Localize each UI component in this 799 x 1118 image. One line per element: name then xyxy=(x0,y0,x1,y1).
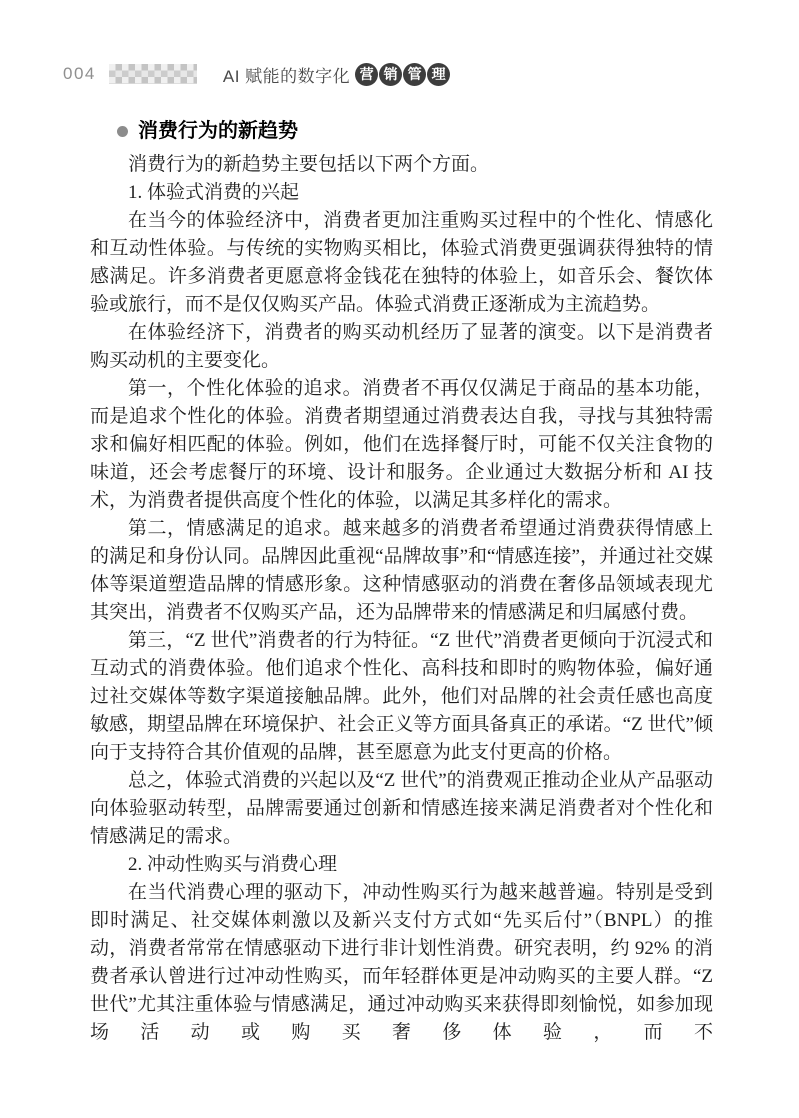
subheading-2: 2. 冲动性购买与消费心理 xyxy=(90,851,713,879)
subheading-1: 1. 体验式消费的兴起 xyxy=(90,179,713,207)
badge-char: 理 xyxy=(427,63,450,86)
paragraph: 在体验经济下，消费者的购买动机经历了显著的演变。以下是消费者购买动机的主要变化。 xyxy=(90,319,713,375)
paragraph: 第三，“Z 世代”消费者的行为特征。“Z 世代”消费者更倾向于沉浸式和互动式的消… xyxy=(90,627,713,767)
paragraph: 在当代消费心理的驱动下，冲动性购买行为越来越普遍。特别是受到即时满足、社交媒体刺… xyxy=(90,879,713,1047)
page-header: 004 AI 赋能的数字化 营 销 管 理 xyxy=(63,61,450,87)
checkerboard-decoration-icon xyxy=(109,64,197,84)
paragraph: 总之，体验式消费的兴起以及“Z 世代”的消费观正推动企业从产品驱动向体验驱动转型… xyxy=(90,767,713,851)
badge-char: 营 xyxy=(355,63,378,86)
section-bullet-icon xyxy=(117,126,128,137)
paragraph: 第二，情感满足的追求。越来越多的消费者希望通过消费获得情感上的满足和身份认同。品… xyxy=(90,515,713,627)
paragraph: 在当今的体验经济中，消费者更加注重购买过程中的个性化、情感化和互动性体验。与传统… xyxy=(90,207,713,319)
book-title-badges: 营 销 管 理 xyxy=(355,63,450,86)
badge-char: 管 xyxy=(403,63,426,86)
book-title: AI 赋能的数字化 xyxy=(223,62,350,87)
section-heading: 消费行为的新趋势 xyxy=(90,118,713,145)
section-heading-text: 消费行为的新趋势 xyxy=(138,118,298,145)
badge-char: 销 xyxy=(379,63,402,86)
page-number: 004 xyxy=(63,64,96,84)
book-page: 004 AI 赋能的数字化 营 销 管 理 消费行为的新趋势 消费行为的新趋势主… xyxy=(0,0,799,1118)
paragraph: 第一，个性化体验的追求。消费者不再仅仅满足于商品的基本功能，而是追求个性化的体验… xyxy=(90,375,713,515)
paragraph: 消费行为的新趋势主要包括以下两个方面。 xyxy=(90,151,713,179)
page-content: 消费行为的新趋势 消费行为的新趋势主要包括以下两个方面。 1. 体验式消费的兴起… xyxy=(90,118,713,1047)
